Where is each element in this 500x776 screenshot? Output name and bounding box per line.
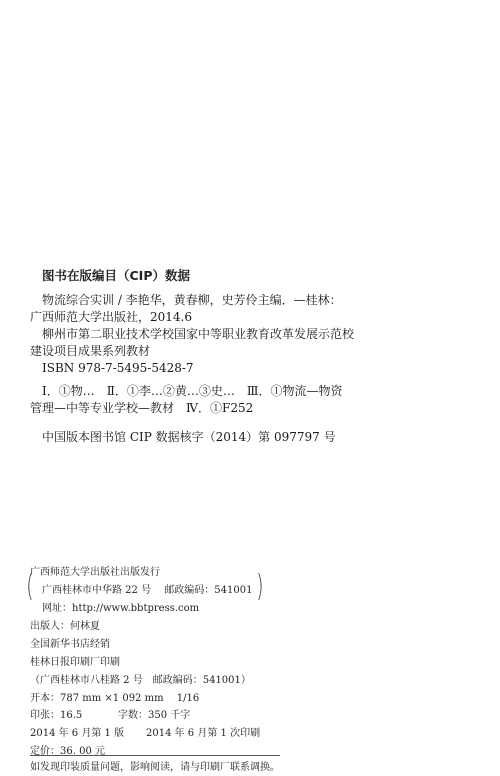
cip-line: 管理—中等专业学校—教材 Ⅳ．①F252	[30, 400, 253, 417]
cip-line: Ⅰ．①物… Ⅱ．①李…②黄…③史… Ⅲ．①物流—物资	[42, 383, 342, 400]
divider	[30, 755, 280, 756]
cip-title: 图书在版编目（CIP）数据	[42, 266, 190, 284]
sheets: 印张：16.5	[30, 706, 82, 721]
paren-open: (	[26, 572, 33, 602]
cip-line: 柳州市第二职业技术学校国家中等职业教育改革发展示范校	[42, 326, 354, 343]
website-line: 网址：http://www.bbtpress.com	[42, 599, 199, 614]
publisher-line: 广西师范大学出版社出版发行	[30, 563, 160, 578]
cip-line: 广西师范大学出版社，2014.6	[30, 309, 192, 326]
cip-line: 建设项目成果系列教材	[30, 343, 150, 360]
address-line: 广西桂林市中华路 22 号 邮政编码：541001	[42, 581, 252, 596]
edition: 2014 年 6 月第 1 版	[30, 724, 124, 739]
publisher-person: 出版人：何林夏	[30, 617, 100, 632]
cip-number: 中国版本图书馆 CIP 数据核字（2014）第 097797 号	[42, 429, 336, 446]
quality-notice: 如发现印装质量问题，影响阅读，请与印刷厂联系调换。	[30, 758, 280, 773]
word-count: 字数：350 千字	[118, 706, 190, 721]
paren-close: )	[256, 572, 263, 602]
isbn: ISBN 978-7-5495-5428-7	[42, 360, 194, 377]
distributor: 全国新华书店经销	[30, 635, 110, 650]
printing: 2014 年 6 月第 1 次印刷	[146, 724, 260, 739]
printer: 桂林日报印刷厂印刷	[30, 653, 120, 668]
printer-address: （广西桂林市八桂路 2 号 邮政编码：541001）	[30, 671, 251, 686]
cip-line: 物流综合实训 / 李艳华，黄春柳，史芳伶主编．—桂林：	[42, 292, 342, 309]
format: 开本：787 mm ×1 092 mm 1/16	[30, 689, 199, 704]
